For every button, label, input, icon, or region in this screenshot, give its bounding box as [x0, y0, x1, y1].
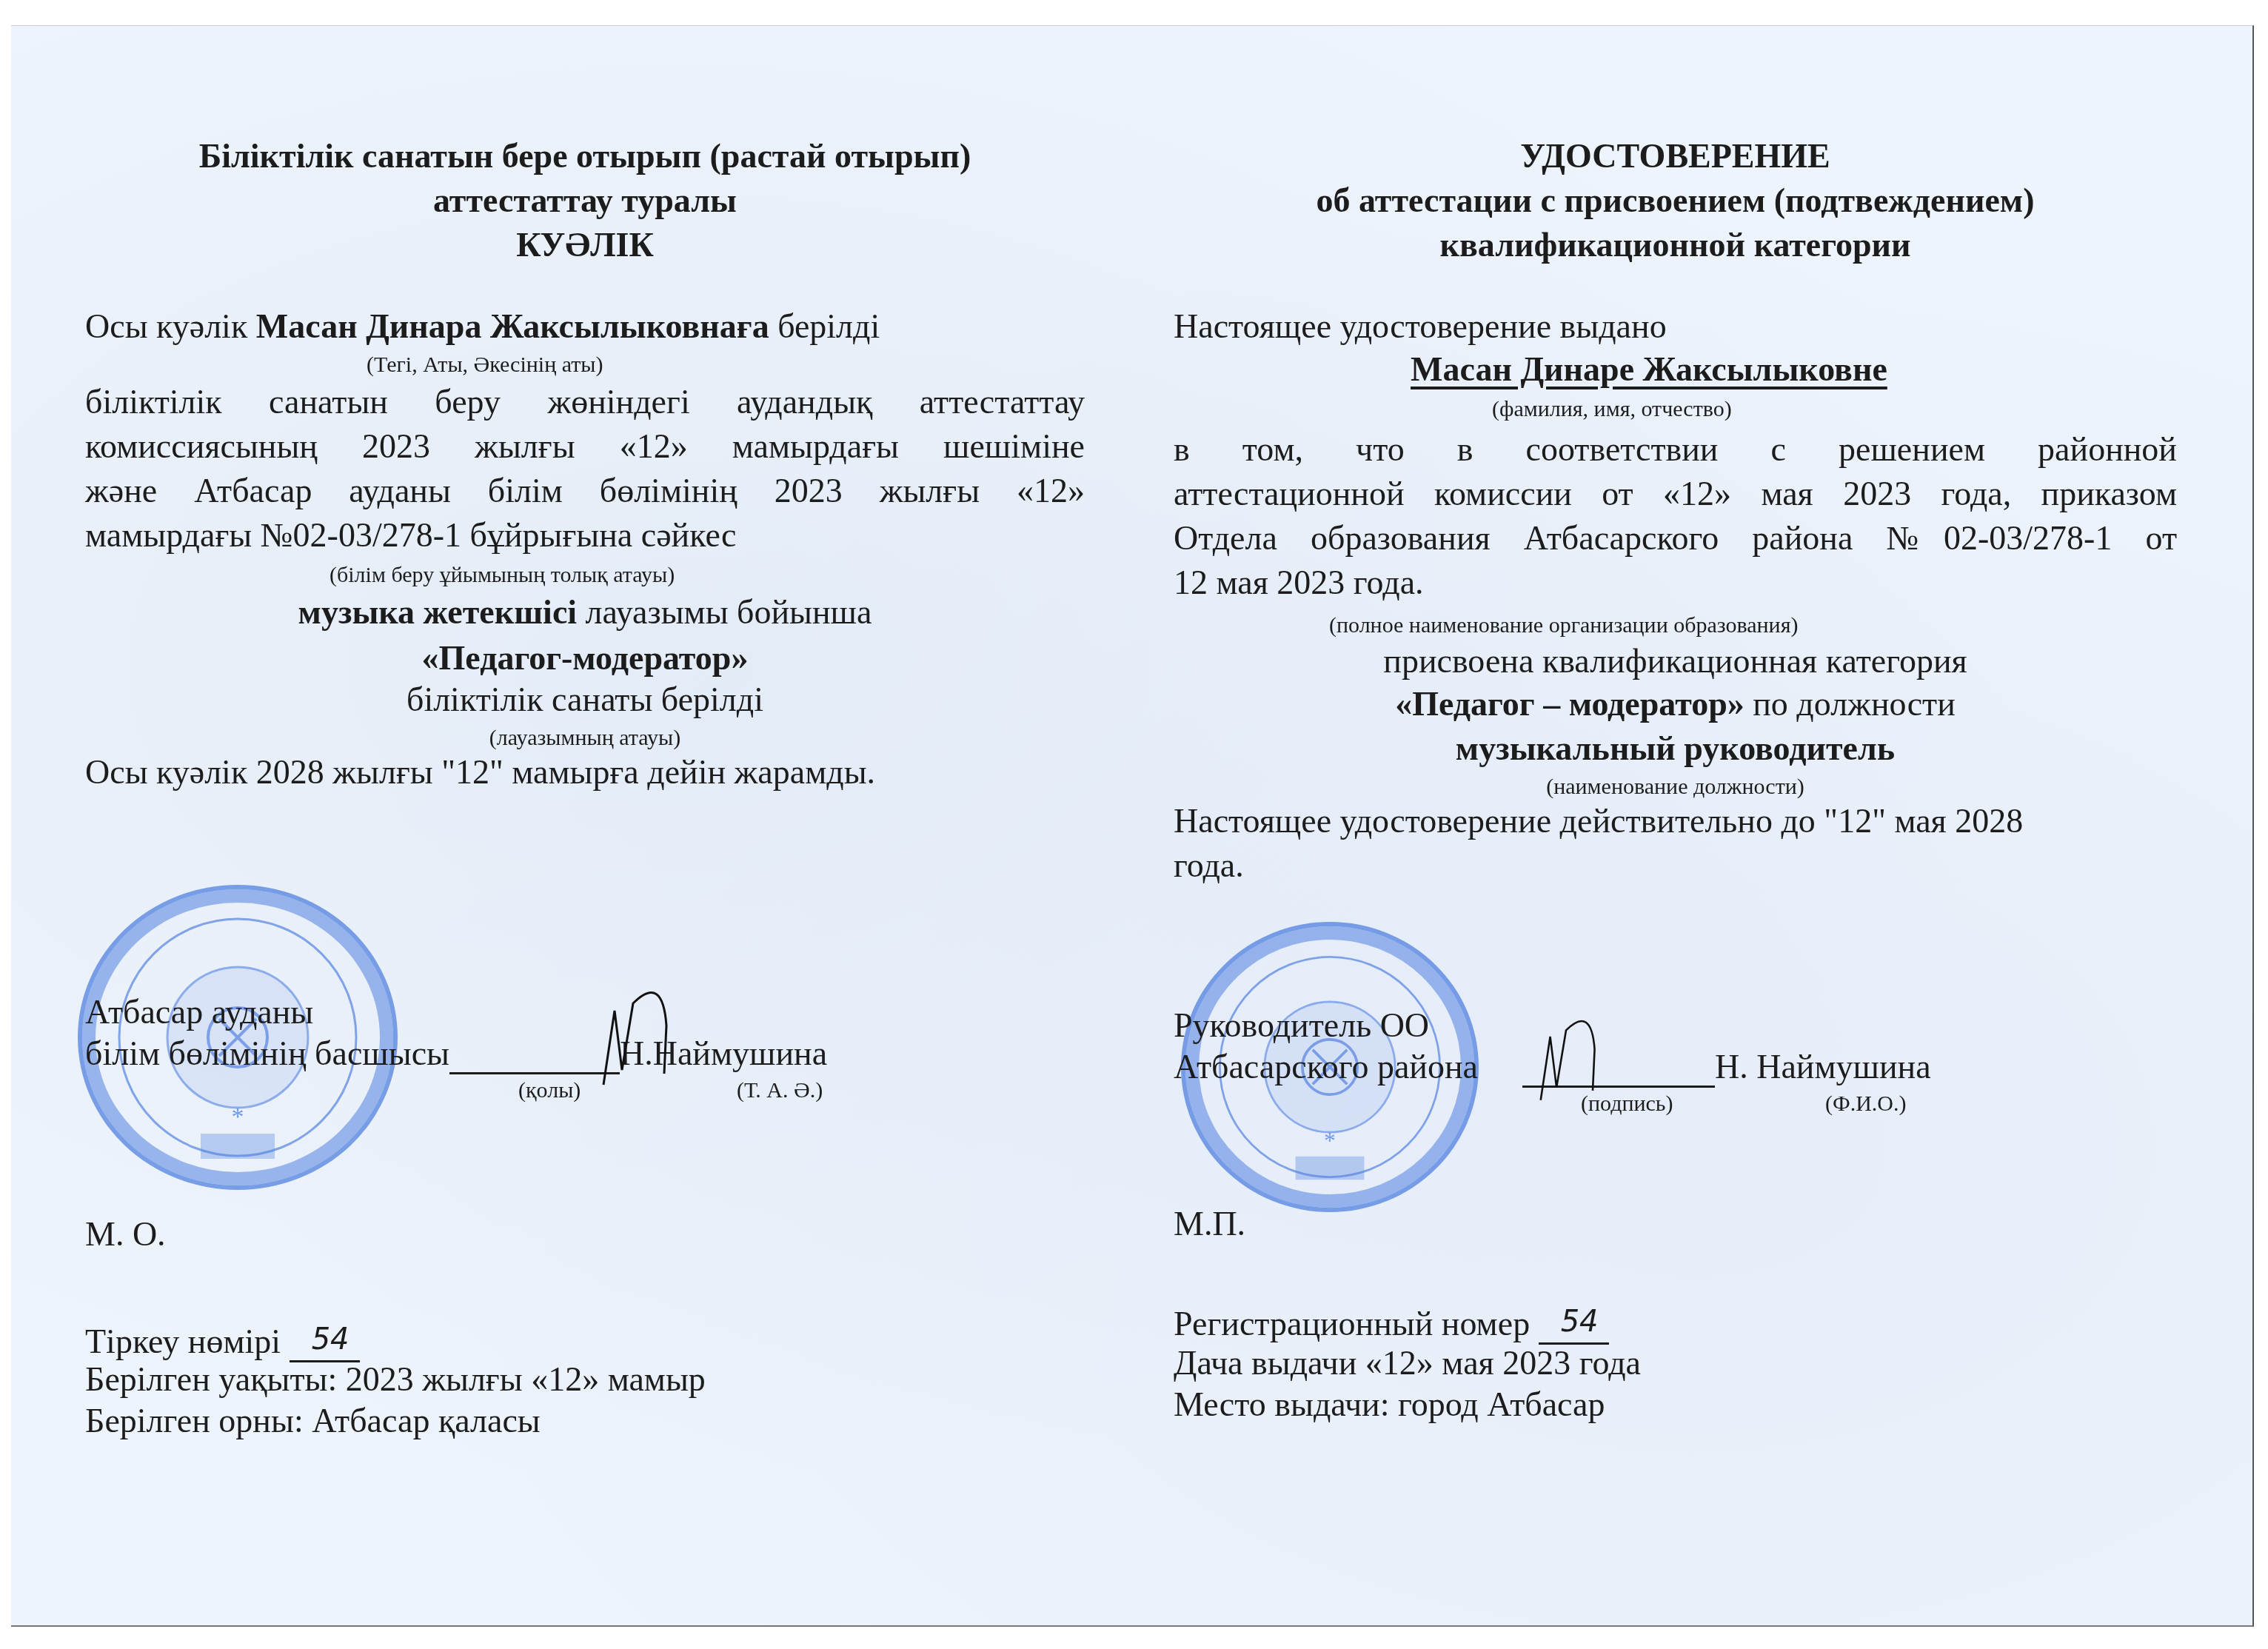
kz-basis-line2: комиссиясының 2023 жылғы «12» мамырдағы … — [85, 426, 1085, 467]
ru-reg-label: Регистрационный номер — [1174, 1305, 1539, 1342]
kz-issued-line: Осы куәлік Масан Динара Жаксылыковнаға б… — [85, 306, 880, 347]
ru-name-caption: (фамилия, имя, отчество) — [1492, 396, 1732, 423]
ru-position-caption: (наименование должности) — [1174, 774, 2177, 800]
ru-category-suffix: по должности — [1745, 685, 1956, 723]
kz-reg-label: Тіркеу нөмірі — [85, 1322, 290, 1360]
kz-signer-title-line1: Атбасар ауданы — [85, 991, 313, 1033]
certificate-sheet: Біліктілік санатын бере отырып (растай о… — [11, 25, 2254, 1627]
kz-reg-number: 54 — [290, 1319, 360, 1362]
ru-validity-line1: Настоящее удостоверение действительно до… — [1174, 800, 2023, 842]
kz-signer-title-line2: білім бөлімінің басшысы — [85, 1034, 449, 1072]
ru-basis-line3: Отдела образования Атбасарского района №… — [1174, 518, 2177, 559]
kz-position: музыка жетекшісі — [298, 593, 578, 631]
ru-issue-date: Дача выдачи «12» мая 2023 года — [1174, 1342, 1641, 1384]
ru-category-assigned: присвоена квалификационная категория — [1174, 640, 2177, 682]
ru-category: «Педагог – модератор» — [1395, 685, 1745, 723]
kz-issue-place: Берілген орны: Атбасар қаласы — [85, 1400, 541, 1442]
kz-title-line2: аттестаттау туралы — [85, 180, 1085, 221]
ru-name-caption-short: (Ф.И.О.) — [1825, 1091, 1907, 1117]
kz-name-caption: (Тегі, Аты, Әкесінің аты) — [367, 352, 603, 378]
ru-signer-title-line1: Руководитель ОО — [1174, 1005, 1429, 1046]
kz-signer-block: білім бөлімінің басшысыН.Наймушина — [85, 1033, 827, 1074]
ru-title-line3: квалификационной категории — [1174, 224, 2177, 266]
ru-reg-number: 54 — [1539, 1301, 1609, 1345]
ru-seal-label: М.П. — [1174, 1203, 1245, 1245]
ru-issued-to: Настоящее удостоверение выдано — [1174, 306, 1667, 347]
kz-category: «Педагог-модератор» — [85, 638, 1085, 679]
svg-text:*: * — [232, 1103, 244, 1131]
svg-text:*: * — [1324, 1128, 1336, 1154]
kz-name-caption-short: (Т. А. Ә.) — [737, 1077, 823, 1104]
kz-validity: Осы куәлік 2028 жылғы "12" мамырға дейін… — [85, 752, 875, 793]
kz-position-line: музыка жетекшісі лауазымы бойынша — [85, 592, 1085, 633]
kz-issue-date: Берілген уақыты: 2023 жылғы «12» мамыр — [85, 1359, 706, 1400]
ru-issue-place: Место выдачи: город Атбасар — [1174, 1384, 1605, 1425]
kz-seal-label: М. О. — [85, 1214, 166, 1255]
kz-recipient-name: Масан Динара Жаксылыковнаға — [256, 307, 769, 345]
ru-category-line: «Педагог – модератор» по должности — [1174, 683, 2177, 725]
signature-icon — [581, 981, 685, 1092]
ru-signer-name: Н. Наймушина — [1715, 1048, 1931, 1086]
ru-signature-caption: (подпись) — [1581, 1091, 1673, 1117]
kz-title-line3: КУӘЛІК — [85, 224, 1085, 266]
ru-recipient-name: Масан Динаре Жаксылыковне — [1411, 349, 1887, 390]
kz-basis-line4: мамырдағы №02-03/278-1 бұйрығына сәйкес — [85, 515, 736, 556]
ru-reg-line: Регистрационный номер 54 — [1174, 1301, 1609, 1345]
kz-reg-line: Тіркеу нөмірі 54 — [85, 1319, 360, 1362]
kz-signature-caption: (қолы) — [518, 1077, 581, 1104]
kz-issued-prefix: Осы куәлік — [85, 307, 256, 345]
ru-basis-line4: 12 мая 2023 года. — [1174, 562, 1424, 603]
kz-position-suffix: лауазымы бойынша — [577, 593, 872, 631]
kz-basis-line3: және Атбасар ауданы білім бөлімінің 2023… — [85, 470, 1085, 512]
ru-validity-line2: года. — [1174, 845, 1244, 886]
ru-signer-title-line2: Атбасарского района — [1174, 1048, 1478, 1086]
ru-basis-line1: в том, что в соответствии с решением рай… — [1174, 429, 2177, 470]
ru-position: музыкальный руководитель — [1174, 728, 2177, 769]
ru-org-caption: (полное наименование организации образов… — [1329, 612, 1798, 639]
kz-org-caption: (білім беру ұйымының толық атауы) — [330, 562, 675, 589]
kz-title-line1: Біліктілік санатын бере отырып (растай о… — [85, 136, 1085, 177]
ru-title-line1: УДОСТОВЕРЕНИЕ — [1174, 136, 2177, 177]
ru-title-line2: об аттестации с присвоением (подтвеждени… — [1174, 180, 2177, 221]
kz-issued-suffix: берілді — [769, 307, 880, 345]
kz-position-caption: (лауазымның атауы) — [85, 725, 1085, 752]
kz-basis-line1: біліктілік санатын беру жөніндегі ауданд… — [85, 381, 1085, 423]
kz-category-granted: біліктілік санаты берілді — [85, 679, 1085, 720]
ru-basis-line2: аттестационной комиссии от «12» мая 2023… — [1174, 473, 2177, 515]
